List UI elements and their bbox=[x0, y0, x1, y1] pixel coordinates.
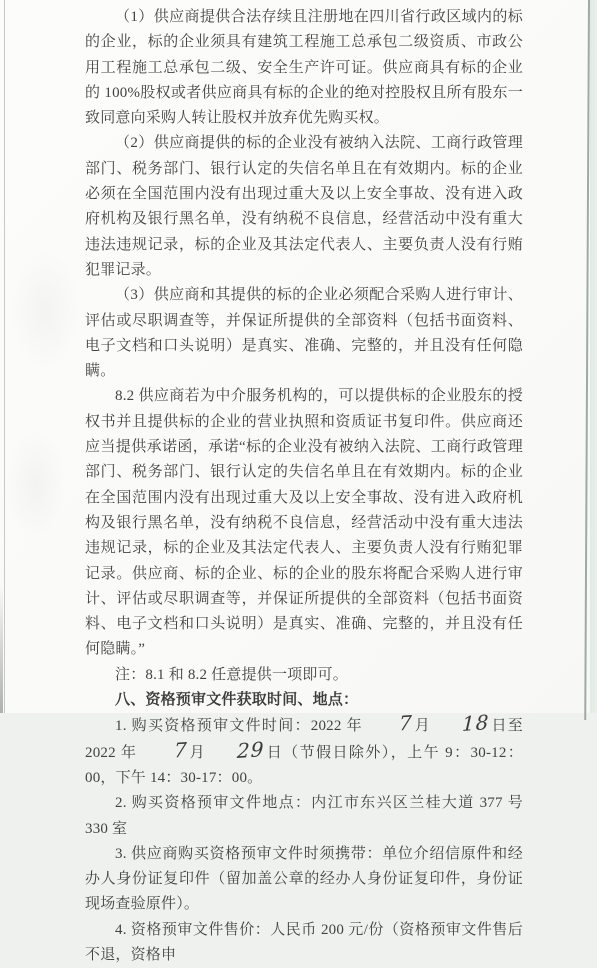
scan-smudge bbox=[6, 430, 66, 540]
note-line: 注：8.1 和 8.2 任意提供一项即可。 bbox=[85, 663, 523, 688]
clause-paragraph-3: （3）供应商和其提供的标的企业必须配合采购人进行审计、评估或尽职调查等，并保证所… bbox=[85, 283, 523, 384]
scanned-page: （1）供应商提供合法存续且注册地在四川省行政区域内的标的企业，标的企业须具有建筑… bbox=[0, 0, 597, 713]
clause-paragraph-1: （1）供应商提供合法存续且注册地在四川省行政区域内的标的企业，标的企业须具有建筑… bbox=[85, 5, 523, 131]
page-right-edge-strip bbox=[590, 0, 597, 713]
scan-smudge bbox=[10, 250, 80, 370]
document-text-column: （1）供应商提供合法存续且注册地在四川省行政区域内的标的企业，标的企业须具有建筑… bbox=[85, 5, 523, 713]
page-left-edge-line bbox=[4, 0, 5, 713]
clause-paragraph-2: （2）供应商提供的标的企业没有被纳入法院、工商行政管理部门、税务部门、银行认定的… bbox=[85, 131, 523, 283]
clause-paragraph-8-2: 8.2 供应商若为中介服务机构的，可以提供标的企业股东的授权书并且提供标的企业的… bbox=[85, 384, 523, 662]
page-left-bottom-shadow bbox=[0, 583, 3, 713]
section-heading: 八、资格预审文件获取时间、地点： bbox=[85, 688, 523, 713]
